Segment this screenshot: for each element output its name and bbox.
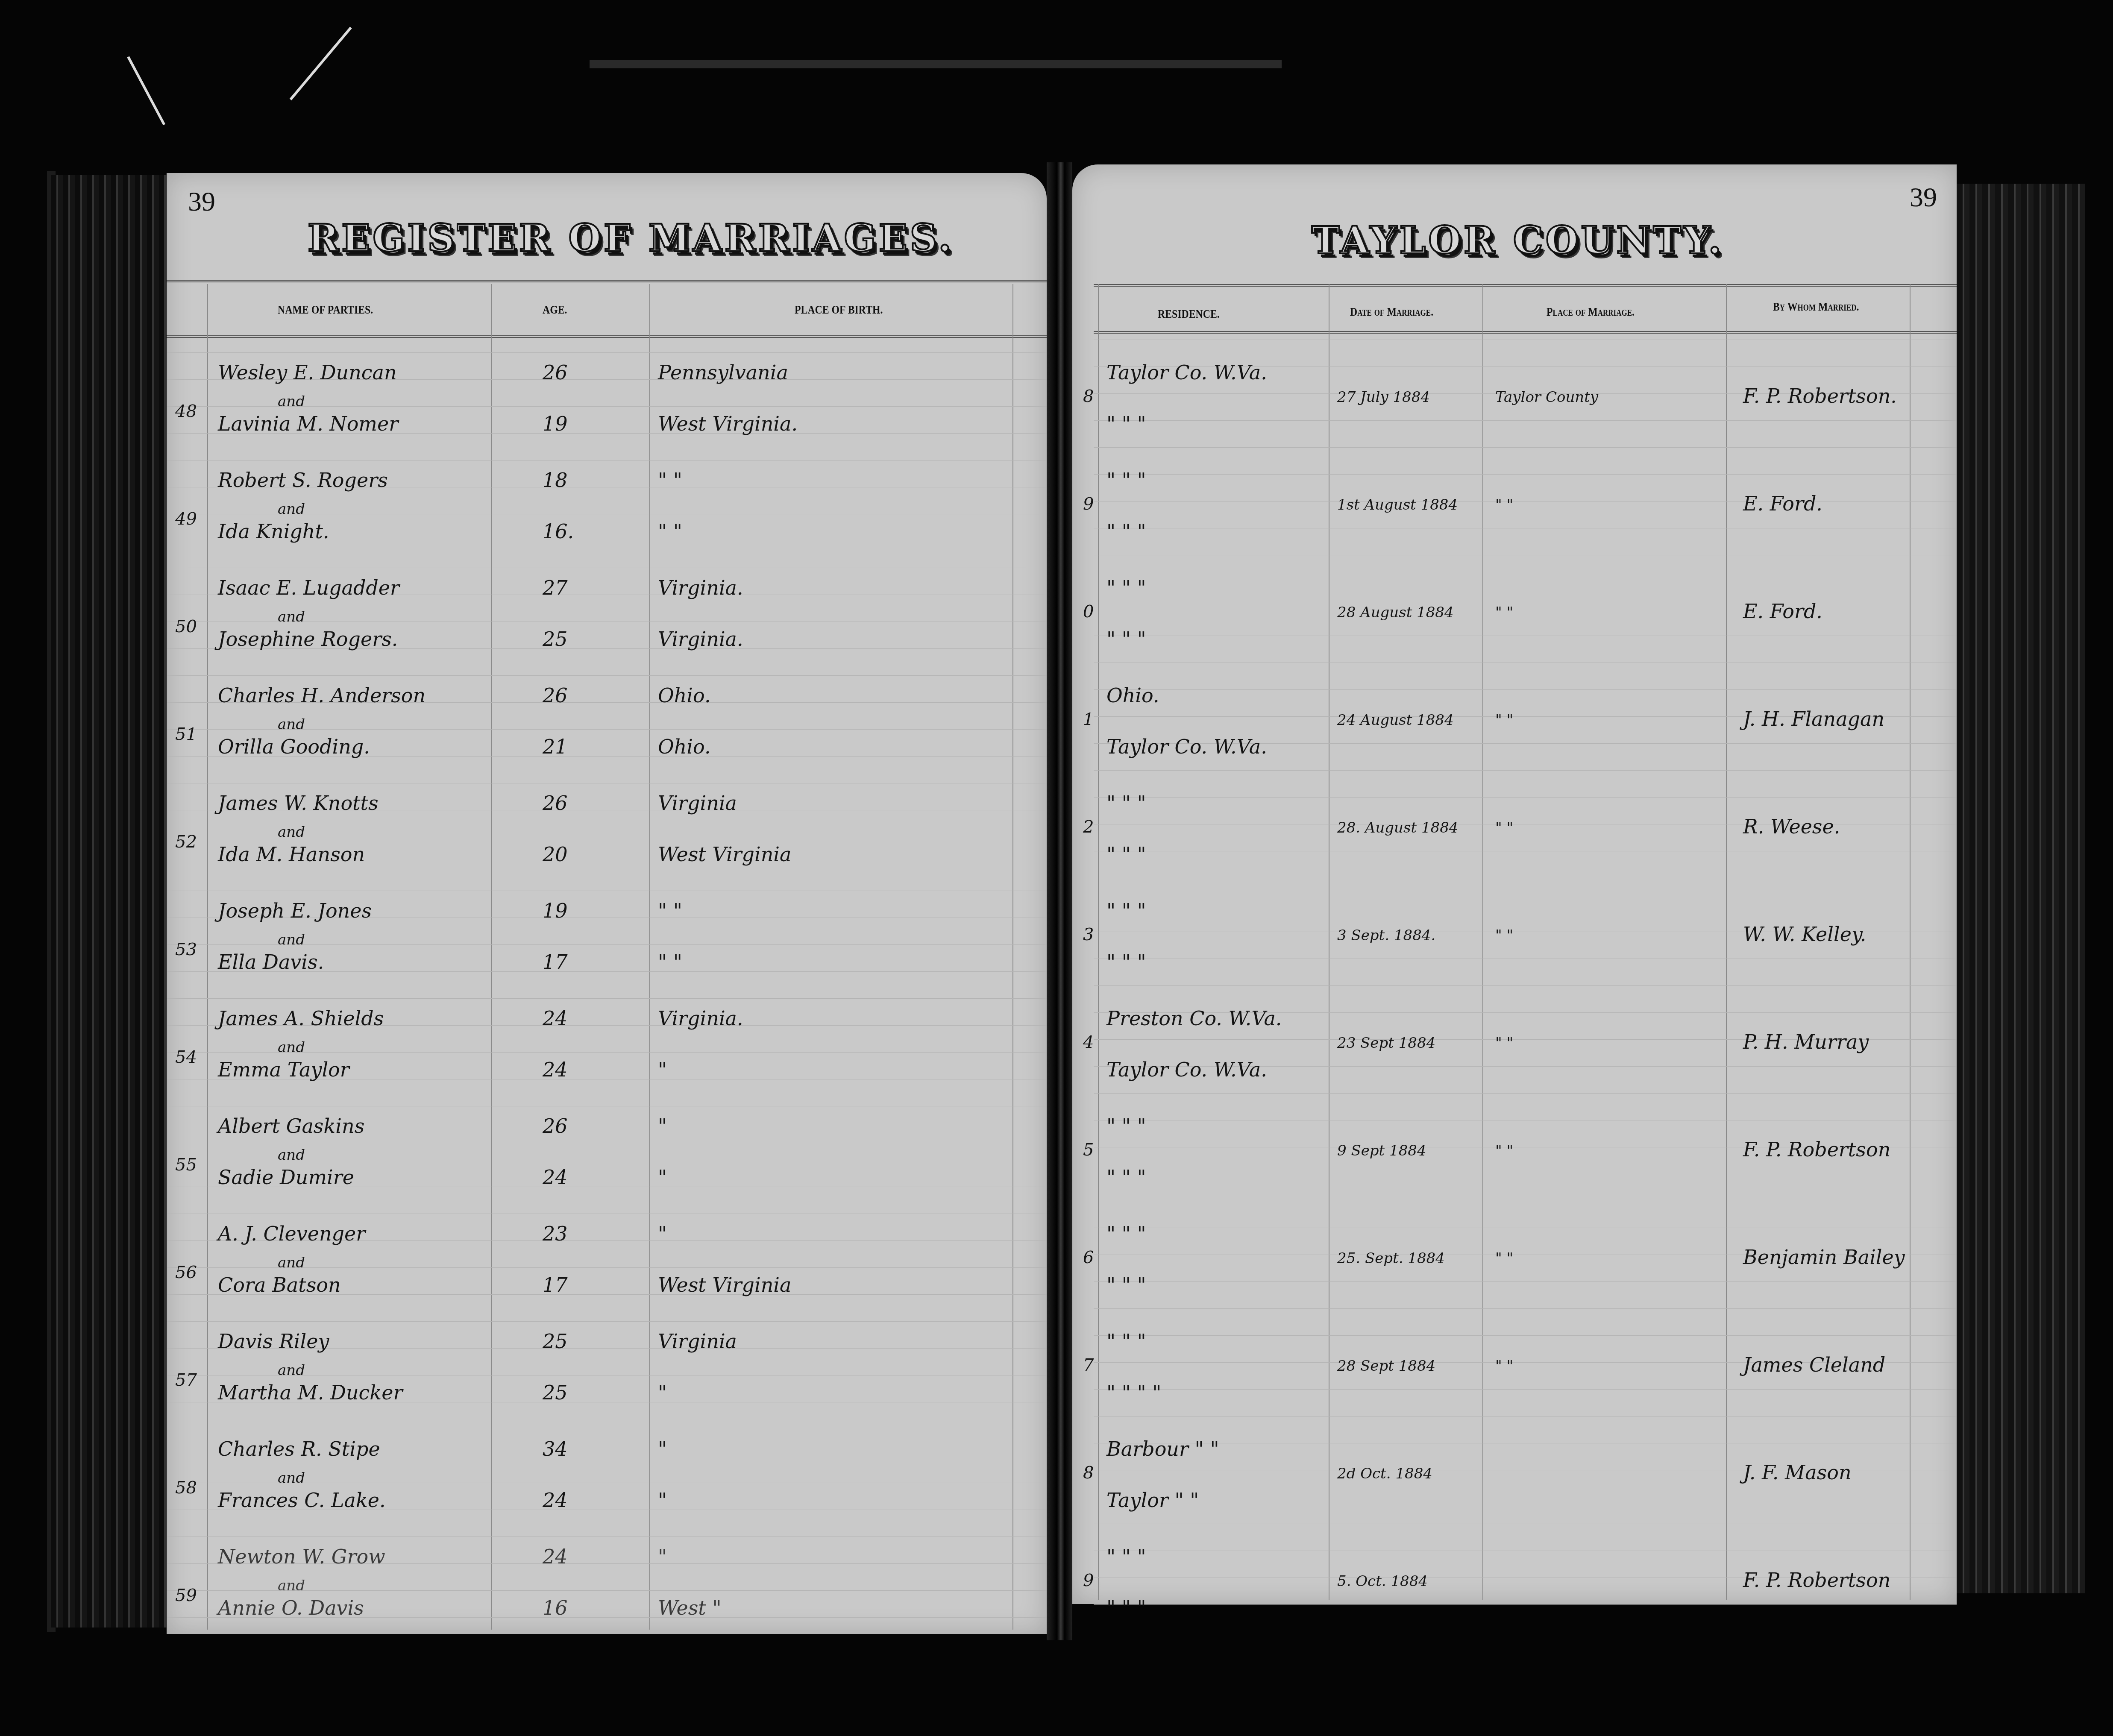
bride-residence: " " " [1106,412,1146,435]
column-header-name: NAME OF PARTIES. [278,303,373,317]
ruled-line [1094,1443,1957,1443]
bride-name: Ida Knight. [218,520,329,543]
left-page: 39 REGISTER OF MARRIAGES. NAME OF PARTIE… [167,173,1047,1634]
film-scratch [590,60,1282,68]
bride-age: 21 [543,735,568,758]
column-header-residence: RESIDENCE. [1158,308,1220,321]
bride-birthplace: Virginia. [658,628,743,651]
ruled-line [1094,1524,1957,1524]
connector-text: and [278,1469,305,1487]
bride-residence: Taylor Co. W.Va. [1106,735,1267,758]
ruled-line [1094,1120,1957,1120]
ruled-line [1094,528,1957,528]
column-divider [491,284,492,1630]
groom-birthplace: Virginia [658,1330,737,1353]
ruled-line [1094,1308,1957,1309]
groom-age: 23 [543,1222,568,1245]
page-number: 39 [188,186,215,217]
entry-number: 2 [1083,817,1094,837]
marriage-place: " " [1495,1250,1513,1267]
column-divider [1482,284,1483,1600]
column-divider [1012,284,1013,1630]
marriage-date: 25. Sept. 1884 [1337,1250,1445,1267]
marriage-place: " " [1495,1358,1513,1375]
entry-number: 1 [1083,710,1094,729]
groom-age: 34 [543,1437,568,1460]
bride-age: 24 [543,1058,568,1081]
groom-residence: " " " [1106,469,1146,492]
ruled-line [167,1214,1047,1214]
ruled-line [1094,1093,1957,1094]
connector-text: and [278,1147,305,1164]
bride-residence: " " " [1106,1273,1146,1296]
ruled-line [1094,501,1957,501]
right-page: 39 TAYLOR COUNTY. RESIDENCE. Date of Mar… [1072,164,1957,1604]
entry-number: 7 [1083,1355,1094,1375]
bride-birthplace: West Virginia [658,1273,792,1296]
entry-number: 49 [175,509,197,529]
groom-name: Davis Riley [218,1330,329,1353]
groom-name: Charles R. Stipe [218,1437,380,1460]
ruled-line [1094,1416,1957,1416]
marriage-date: 5. Oct. 1884 [1337,1573,1428,1590]
marriage-date: 3 Sept. 1884. [1337,927,1435,944]
bride-age: 16. [543,520,574,543]
groom-name: Joseph E. Jones [218,899,372,922]
entry-number: 3 [1083,925,1094,944]
marriage-date: 9 Sept 1884 [1337,1142,1426,1159]
ruled-line [167,891,1047,891]
ruled-line [167,998,1047,999]
ruled-line [167,675,1047,676]
book-spine [1047,162,1072,1640]
ruled-line [1094,420,1957,421]
groom-age: 18 [543,469,568,492]
marriage-place: " " [1495,1035,1513,1052]
bride-name: Ella Davis. [218,950,324,974]
connector-text: and [278,393,305,410]
column-divider [207,284,208,1630]
groom-residence: " " " [1106,1222,1146,1245]
groom-name: James A. Shields [218,1007,384,1030]
bride-age: 20 [543,843,568,866]
groom-residence: " " " [1106,1114,1146,1138]
groom-residence: " " " [1106,899,1146,922]
ruled-line [1094,689,1957,690]
bride-name: Frances C. Lake. [218,1489,386,1512]
bride-residence: Taylor Co. W.Va. [1106,1058,1267,1081]
groom-name: Robert S. Rogers [218,469,388,492]
entry-number: 4 [1083,1032,1094,1052]
officiant-name: E. Ford. [1743,492,1822,515]
ruled-line [1094,878,1957,878]
marriage-date: 23 Sept 1884 [1337,1035,1435,1052]
ruled-line [167,568,1047,568]
entry-number: 56 [175,1263,197,1282]
entry-number: 55 [175,1155,197,1175]
groom-name: Isaac E. Lugadder [218,576,399,599]
entry-number: 53 [175,940,197,959]
bride-name: Sadie Dumire [218,1166,354,1189]
officiant-name: F. P. Robertson [1743,1569,1890,1592]
groom-residence: " " " [1106,576,1146,599]
ruled-line [1094,555,1957,555]
bride-name: Martha M. Ducker [218,1381,402,1404]
ruled-line [1094,447,1957,448]
bride-name: Cora Batson [218,1273,341,1296]
bride-name: Lavinia M. Nomer [218,412,398,435]
film-scratch [290,27,352,100]
bride-residence: " " " [1106,1166,1146,1189]
connector-text: and [278,824,305,841]
groom-birthplace: " [658,1222,667,1245]
connector-text: and [278,608,305,625]
groom-residence: " " " [1106,1330,1146,1353]
entry-number: 51 [175,724,197,744]
groom-residence: Barbour " " [1106,1437,1219,1460]
officiant-name: J. H. Flanagan [1743,707,1884,730]
officiant-name: J. F. Mason [1743,1461,1852,1484]
column-header-date: Date of Marriage. [1350,305,1433,319]
bride-birthplace: " [658,1166,667,1189]
marriage-place: " " [1495,1142,1513,1159]
bride-birthplace: " [658,1058,667,1081]
groom-age: 26 [543,361,568,384]
bride-birthplace: Ohio. [658,735,711,758]
groom-birthplace: " [658,1545,667,1568]
groom-residence: Ohio. [1106,684,1159,707]
bride-residence: " " " [1106,843,1146,866]
groom-birthplace: Virginia [658,792,737,815]
marriage-place: " " [1495,927,1513,944]
ruled-line [1094,1228,1957,1228]
officiant-name: E. Ford. [1743,600,1822,623]
bride-birthplace: West Virginia [658,843,792,866]
bride-birthplace: " " [658,520,682,543]
marriage-place: " " [1495,712,1513,729]
ruled-line [1094,959,1957,959]
ruled-line [1094,1497,1957,1497]
connector-text: and [278,1362,305,1379]
page-stack-left [51,175,167,1627]
bride-name: Orilla Gooding. [218,735,370,758]
groom-name: Newton W. Grow [218,1545,385,1568]
groom-birthplace: " " [658,469,682,492]
entry-number: 9 [1083,494,1094,514]
groom-residence: " " " [1106,792,1146,815]
ruled-line [1094,474,1957,475]
ruled-line [1094,985,1957,986]
column-header-age: AGE. [543,303,567,317]
column-divider [1910,284,1911,1600]
column-divider [1098,284,1099,1600]
header-rule-top [167,280,1047,282]
groom-name: Wesley E. Duncan [218,361,397,384]
ruled-line [1094,636,1957,636]
groom-residence: " " " [1106,1545,1146,1568]
groom-birthplace: Ohio. [658,684,711,707]
entry-number: 48 [175,402,197,421]
marriage-date: 28 August 1884 [1337,604,1454,621]
ruled-line [1094,340,1957,340]
groom-age: 27 [543,576,568,599]
bride-name: Josephine Rogers. [218,628,398,651]
ruled-line [1094,1604,1957,1605]
bride-residence: " " " [1106,1596,1146,1619]
bride-birthplace: " " [658,950,682,974]
connector-text: and [278,501,305,518]
marriage-date: 28 Sept 1884 [1337,1358,1435,1375]
officiant-name: James Cleland [1743,1353,1885,1376]
entry-number: 52 [175,832,197,852]
bride-birthplace: West " [658,1596,722,1619]
column-divider [649,284,650,1630]
ruled-line [1094,770,1957,771]
bride-age: 16 [543,1596,568,1619]
ruled-line [1094,582,1957,582]
connector-text: and [278,1254,305,1271]
ruled-line [1094,851,1957,851]
connector-text: and [278,716,305,733]
bride-residence: Taylor " " [1106,1489,1199,1512]
groom-birthplace: Virginia. [658,576,743,599]
ruled-line [1094,1389,1957,1390]
ruled-line [167,460,1047,460]
ruled-line [1094,1174,1957,1174]
bride-residence: " " " [1106,628,1146,651]
officiant-name: F. P. Robertson [1743,1138,1890,1161]
column-header-officiant: By Whom Married. [1773,300,1859,314]
bride-age: 24 [543,1166,568,1189]
entry-number: 57 [175,1370,197,1390]
column-divider [1726,284,1727,1600]
officiant-name: Benjamin Bailey [1743,1246,1905,1269]
header-rule-bottom [167,335,1047,338]
bride-age: 19 [543,412,568,435]
bride-residence: " " " [1106,950,1146,974]
ruled-line [167,1106,1047,1106]
ruled-line [167,783,1047,783]
page-number: 39 [1910,182,1937,213]
groom-birthplace: Pennsylvania [658,361,788,384]
marriage-place: " " [1495,604,1513,621]
ruled-line [167,1537,1047,1537]
entry-number: 8 [1083,1463,1094,1483]
ruled-line [1094,663,1957,663]
bride-age: 25 [543,1381,568,1404]
entry-number: 8 [1083,387,1094,406]
header-rule-top [1094,284,1957,287]
column-header-birthplace: PLACE OF BIRTH. [795,303,883,317]
groom-residence: Taylor Co. W.Va. [1106,361,1267,384]
bride-name: Emma Taylor [218,1058,349,1081]
ruled-line [167,1321,1047,1322]
connector-text: and [278,1039,305,1056]
groom-age: 26 [543,1114,568,1138]
entry-number: 9 [1083,1571,1094,1590]
bride-birthplace: " [658,1489,667,1512]
ruled-line [167,352,1047,353]
marriage-date: 1st August 1884 [1337,496,1458,513]
groom-age: 25 [543,1330,568,1353]
bride-age: 17 [543,950,568,974]
bride-age: 24 [543,1489,568,1512]
groom-name: Albert Gaskins [218,1114,364,1138]
marriage-place: Taylor County [1495,389,1598,406]
connector-text: and [278,1577,305,1594]
groom-name: Charles H. Anderson [218,684,426,707]
entry-number: 59 [175,1586,197,1605]
groom-age: 19 [543,899,568,922]
marriage-date: 2d Oct. 1884 [1337,1465,1432,1482]
groom-name: James W. Knotts [218,792,379,815]
marriage-date: 27 July 1884 [1337,389,1430,406]
marriage-date: 28. August 1884 [1337,819,1458,836]
groom-age: 24 [543,1545,568,1568]
column-header-place: Place of Marriage. [1547,305,1635,319]
ruled-line [1094,1551,1957,1551]
ruled-line [1094,797,1957,798]
bride-birthplace: West Virginia. [658,412,798,435]
entry-number: 50 [175,617,197,636]
page-stack-right [1957,184,2085,1593]
bride-residence: " " " [1106,520,1146,543]
groom-name: A. J. Clevenger [218,1222,365,1245]
marriage-place: " " [1495,496,1513,513]
groom-residence: Preston Co. W.Va. [1106,1007,1282,1030]
officiant-name: F. P. Robertson. [1743,384,1897,408]
bride-age: 17 [543,1273,568,1296]
film-scratch [127,56,165,126]
officiant-name: R. Weese. [1743,815,1840,838]
bride-name: Ida M. Hanson [218,843,365,866]
marriage-place: " " [1495,819,1513,836]
bride-birthplace: " [658,1381,667,1404]
entry-number: 54 [175,1047,197,1067]
connector-text: and [278,931,305,948]
marriage-date: 24 August 1884 [1337,712,1454,729]
column-divider [1329,284,1329,1600]
entry-number: 6 [1083,1248,1094,1267]
ruled-line [1094,609,1957,609]
groom-birthplace: " [658,1114,667,1138]
bride-age: 25 [543,628,568,651]
groom-birthplace: " " [658,899,682,922]
officiant-name: P. H. Murray [1743,1030,1869,1053]
groom-birthplace: " [658,1437,667,1460]
ruled-line [167,1429,1047,1429]
groom-age: 26 [543,684,568,707]
entry-number: 5 [1083,1140,1094,1160]
groom-age: 24 [543,1007,568,1030]
entry-number: 0 [1083,602,1094,622]
groom-age: 26 [543,792,568,815]
entry-number: 58 [175,1478,197,1498]
bride-name: Annie O. Davis [218,1596,364,1619]
ruled-line [1094,1201,1957,1201]
ruled-line [1094,1335,1957,1336]
ruled-line [1094,905,1957,905]
page-title: REGISTER OF MARRIAGES. [308,216,954,260]
groom-birthplace: Virginia. [658,1007,743,1030]
ruled-line [1094,1281,1957,1282]
bride-residence: " " " " [1106,1381,1162,1404]
page-title: TAYLOR COUNTY. [1312,218,1724,262]
officiant-name: W. W. Kelley. [1743,923,1866,946]
header-rule-bottom [1094,331,1957,334]
